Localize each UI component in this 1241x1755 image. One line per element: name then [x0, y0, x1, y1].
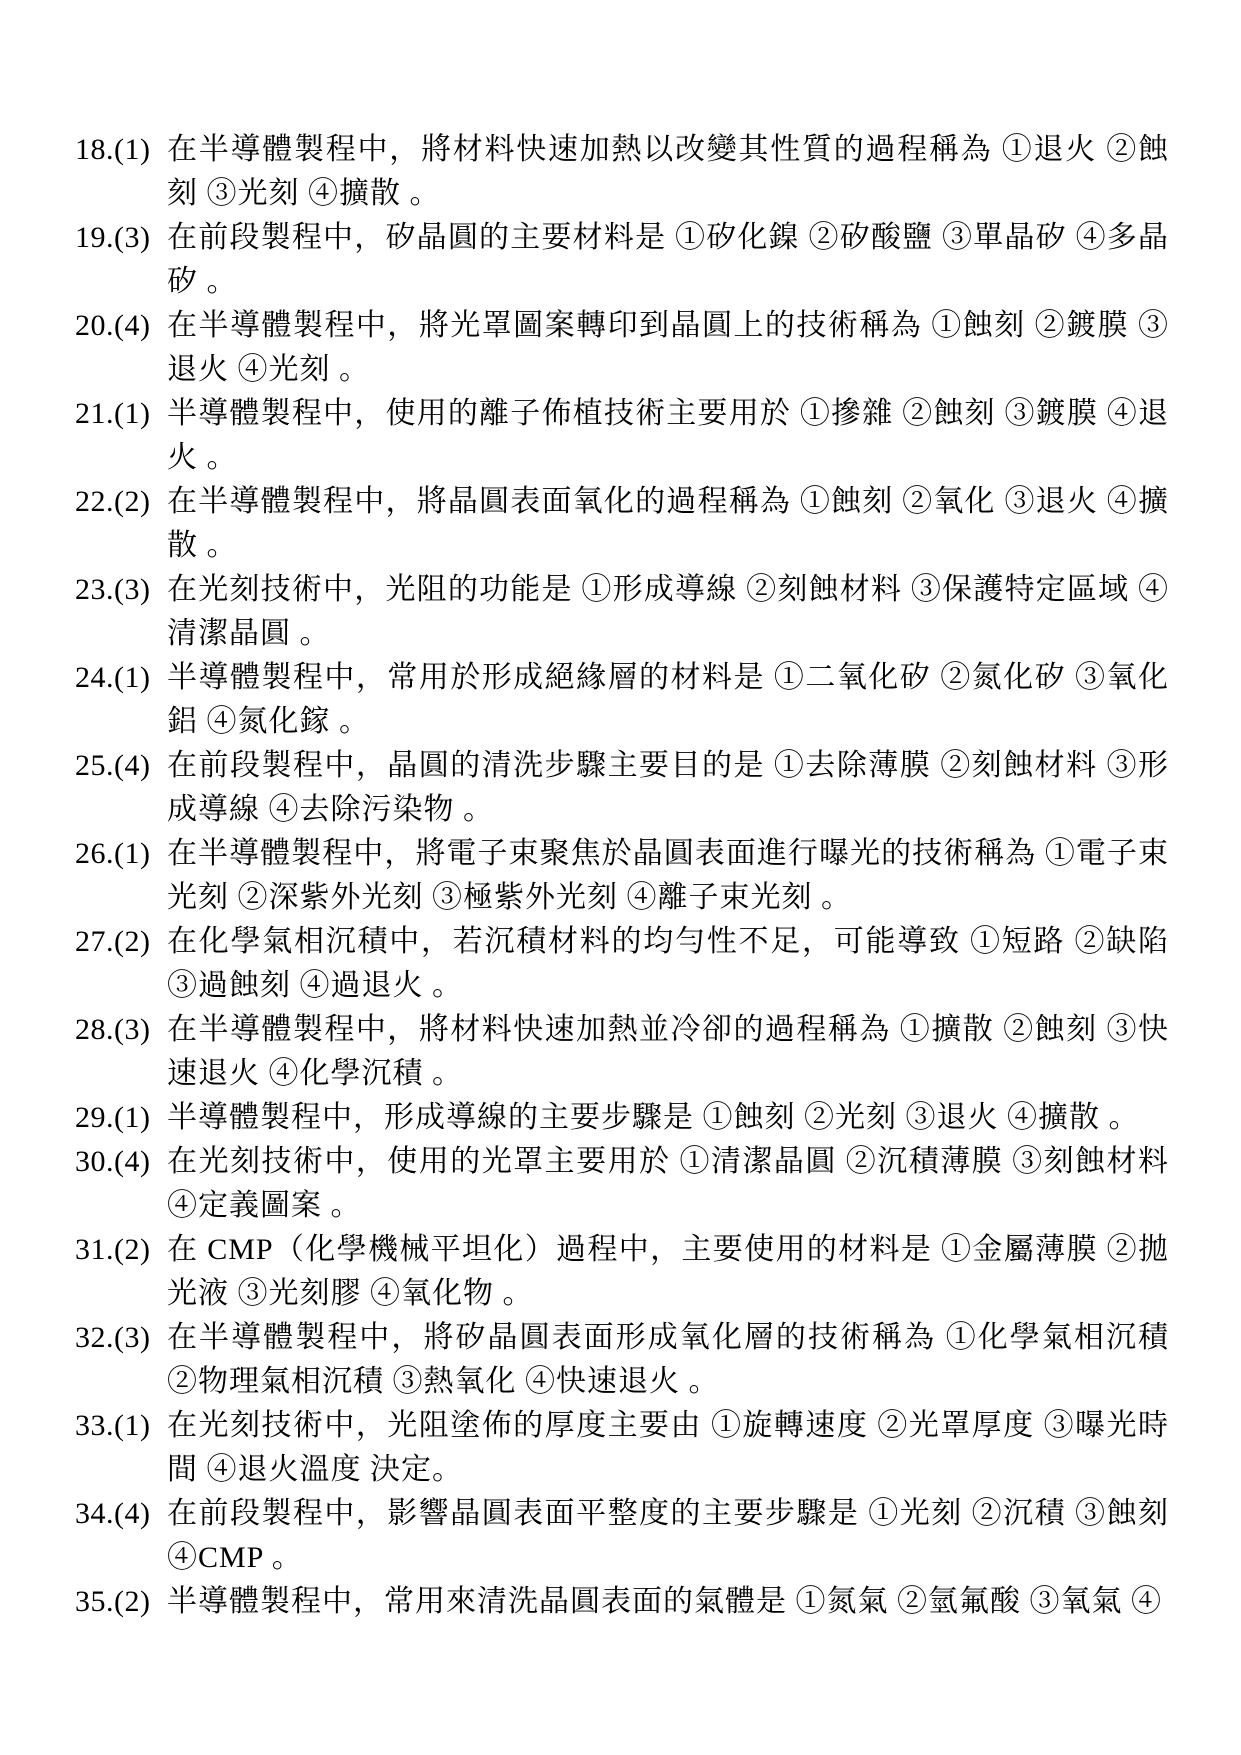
- question-row: 19.(3) 在前段製程中，矽晶圓的主要材料是 ①矽化鎳 ②矽酸鹽 ③單晶矽 ④…: [75, 216, 1169, 304]
- question-number: 25.(4): [75, 744, 155, 788]
- question-text: 在化學氣相沉積中，若沉積材料的均勻性不足，可能導致 ①短路 ②缺陷 ③過蝕刻 ④…: [167, 920, 1169, 1008]
- question-row: 30.(4) 在光刻技術中，使用的光罩主要用於 ①清潔晶圓 ②沉積薄膜 ③刻蝕材…: [75, 1140, 1169, 1228]
- question-row: 20.(4) 在半導體製程中，將光罩圖案轉印到晶圓上的技術稱為 ①蝕刻 ②鍍膜 …: [75, 304, 1169, 392]
- question-number: 23.(3): [75, 568, 155, 612]
- question-row: 32.(3) 在半導體製程中，將矽晶圓表面形成氧化層的技術稱為 ①化學氣相沉積 …: [75, 1316, 1169, 1404]
- question-text: 半導體製程中，常用來清洗晶圓表面的氣體是 ①氮氣 ②氫氟酸 ③氧氣 ④: [167, 1580, 1169, 1624]
- question-row: 33.(1) 在光刻技術中，光阻塗佈的厚度主要由 ①旋轉速度 ②光罩厚度 ③曝光…: [75, 1404, 1169, 1492]
- question-number: 21.(1): [75, 392, 155, 436]
- question-text: 在半導體製程中，將晶圓表面氧化的過程稱為 ①蝕刻 ②氧化 ③退火 ④擴散 。: [167, 480, 1169, 568]
- question-text: 在半導體製程中，將光罩圖案轉印到晶圓上的技術稱為 ①蝕刻 ②鍍膜 ③退火 ④光刻…: [167, 304, 1169, 392]
- question-row: 24.(1) 半導體製程中，常用於形成絕緣層的材料是 ①二氧化矽 ②氮化矽 ③氧…: [75, 656, 1169, 744]
- question-text: 半導體製程中，使用的離子佈植技術主要用於 ①摻雜 ②蝕刻 ③鍍膜 ④退火 。: [167, 392, 1169, 480]
- question-text: 在前段製程中，晶圓的清洗步驟主要目的是 ①去除薄膜 ②刻蝕材料 ③形成導線 ④去…: [167, 744, 1169, 832]
- question-text: 在半導體製程中，將材料快速加熱並冷卻的過程稱為 ①擴散 ②蝕刻 ③快速退火 ④化…: [167, 1008, 1169, 1096]
- question-row: 25.(4) 在前段製程中，晶圓的清洗步驟主要目的是 ①去除薄膜 ②刻蝕材料 ③…: [75, 744, 1169, 832]
- question-text: 在半導體製程中，將電子束聚焦於晶圓表面進行曝光的技術稱為 ①電子束光刻 ②深紫外…: [167, 832, 1169, 920]
- question-row: 34.(4) 在前段製程中，影響晶圓表面平整度的主要步驟是 ①光刻 ②沉積 ③蝕…: [75, 1492, 1169, 1580]
- question-text: 在半導體製程中，將材料快速加熱以改變其性質的過程稱為 ①退火 ②蝕刻 ③光刻 ④…: [167, 128, 1169, 216]
- question-number: 33.(1): [75, 1404, 155, 1448]
- question-row: 31.(2) 在 CMP（化學機械平坦化）過程中，主要使用的材料是 ①金屬薄膜 …: [75, 1228, 1169, 1316]
- question-text: 在 CMP（化學機械平坦化）過程中，主要使用的材料是 ①金屬薄膜 ②拋光液 ③光…: [167, 1228, 1169, 1316]
- question-row: 18.(1) 在半導體製程中，將材料快速加熱以改變其性質的過程稱為 ①退火 ②蝕…: [75, 128, 1169, 216]
- question-row: 27.(2) 在化學氣相沉積中，若沉積材料的均勻性不足，可能導致 ①短路 ②缺陷…: [75, 920, 1169, 1008]
- question-text: 半導體製程中，形成導線的主要步驟是 ①蝕刻 ②光刻 ③退火 ④擴散 。: [167, 1096, 1169, 1140]
- document-page: 18.(1) 在半導體製程中，將材料快速加熱以改變其性質的過程稱為 ①退火 ②蝕…: [0, 0, 1241, 1755]
- question-row: 21.(1) 半導體製程中，使用的離子佈植技術主要用於 ①摻雜 ②蝕刻 ③鍍膜 …: [75, 392, 1169, 480]
- question-number: 20.(4): [75, 304, 155, 348]
- question-number: 19.(3): [75, 216, 155, 260]
- question-text: 在半導體製程中，將矽晶圓表面形成氧化層的技術稱為 ①化學氣相沉積 ②物理氣相沉積…: [167, 1316, 1169, 1404]
- question-number: 24.(1): [75, 656, 155, 700]
- question-number: 30.(4): [75, 1140, 155, 1184]
- question-row: 29.(1) 半導體製程中，形成導線的主要步驟是 ①蝕刻 ②光刻 ③退火 ④擴散…: [75, 1096, 1169, 1140]
- question-number: 27.(2): [75, 920, 155, 964]
- question-number: 31.(2): [75, 1228, 155, 1272]
- question-row: 23.(3) 在光刻技術中，光阻的功能是 ①形成導線 ②刻蝕材料 ③保護特定區域…: [75, 568, 1169, 656]
- question-text: 在光刻技術中，光阻塗佈的厚度主要由 ①旋轉速度 ②光罩厚度 ③曝光時間 ④退火溫…: [167, 1404, 1169, 1492]
- question-number: 22.(2): [75, 480, 155, 524]
- question-number: 18.(1): [75, 128, 155, 172]
- question-number: 35.(2): [75, 1580, 155, 1624]
- question-number: 32.(3): [75, 1316, 155, 1360]
- question-number: 28.(3): [75, 1008, 155, 1052]
- question-number: 29.(1): [75, 1096, 155, 1140]
- question-number: 34.(4): [75, 1492, 155, 1536]
- exam-question-list: 18.(1) 在半導體製程中，將材料快速加熱以改變其性質的過程稱為 ①退火 ②蝕…: [75, 128, 1169, 1624]
- question-text: 在光刻技術中，使用的光罩主要用於 ①清潔晶圓 ②沉積薄膜 ③刻蝕材料 ④定義圖案…: [167, 1140, 1169, 1228]
- question-text: 在前段製程中，矽晶圓的主要材料是 ①矽化鎳 ②矽酸鹽 ③單晶矽 ④多晶矽 。: [167, 216, 1169, 304]
- question-number: 26.(1): [75, 832, 155, 876]
- question-text: 半導體製程中，常用於形成絕緣層的材料是 ①二氧化矽 ②氮化矽 ③氧化鋁 ④氮化鎵…: [167, 656, 1169, 744]
- question-row: 22.(2) 在半導體製程中，將晶圓表面氧化的過程稱為 ①蝕刻 ②氧化 ③退火 …: [75, 480, 1169, 568]
- question-row: 35.(2) 半導體製程中，常用來清洗晶圓表面的氣體是 ①氮氣 ②氫氟酸 ③氧氣…: [75, 1580, 1169, 1624]
- question-row: 28.(3) 在半導體製程中，將材料快速加熱並冷卻的過程稱為 ①擴散 ②蝕刻 ③…: [75, 1008, 1169, 1096]
- question-text: 在光刻技術中，光阻的功能是 ①形成導線 ②刻蝕材料 ③保護特定區域 ④清潔晶圓 …: [167, 568, 1169, 656]
- question-row: 26.(1) 在半導體製程中，將電子束聚焦於晶圓表面進行曝光的技術稱為 ①電子束…: [75, 832, 1169, 920]
- question-text: 在前段製程中，影響晶圓表面平整度的主要步驟是 ①光刻 ②沉積 ③蝕刻 ④CMP …: [167, 1492, 1169, 1580]
